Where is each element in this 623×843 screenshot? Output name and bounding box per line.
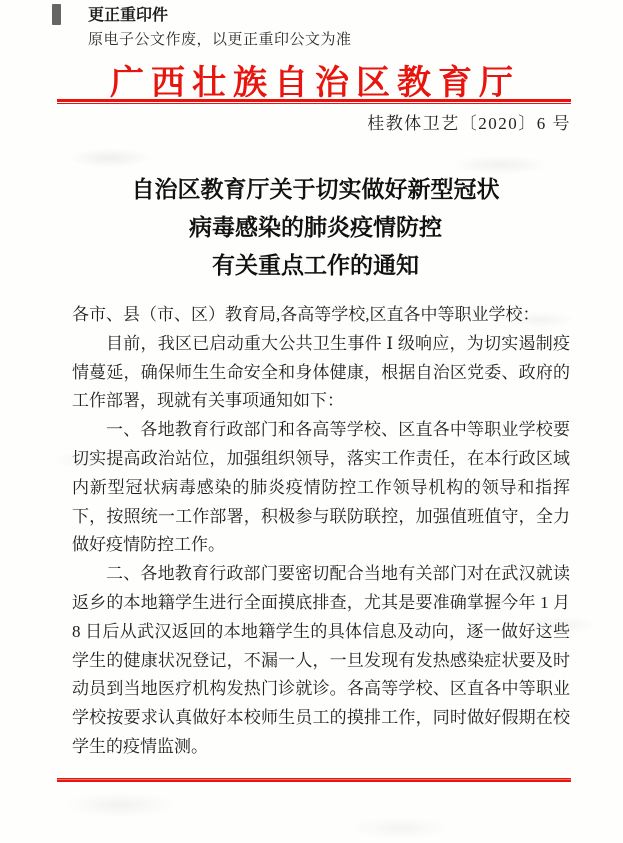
paragraph-item-2: 二、各地教育行政部门要密切配合当地有关部门对在武汉就读返乡的本地籍学生进行全面摸… [72,560,570,762]
document-body: 各市、县（市、区）教育局,各高等学校,区直各中等职业学校： 目前，我区已启动重大… [72,301,570,762]
paragraph-item-1: 一、各地教育行政部门和各高等学校、区直各中等职业学校要切实提高政治站位，加强组织… [72,416,570,560]
salutation-line: 各市、县（市、区）教育局,各高等学校,区直各中等职业学校： [72,301,570,330]
letterhead-org-name: 广西壮族自治区教育厅 [0,55,623,104]
document-title-line-3: 有关重点工作的通知 [60,247,571,285]
correction-note: 原电子公文作废，以更正重印公文为准 [88,31,352,50]
scanned-document-page: 更正重印件 原电子公文作废，以更正重印公文为准 广西壮族自治区教育厅 桂教体卫艺… [0,0,623,843]
letterhead-red-rule [57,99,571,104]
correction-label: 更正重印件 [88,6,352,26]
document-title-line-1: 自治区教育厅关于切实做好新型冠状 [60,171,571,209]
footer-red-rule [57,778,571,782]
correction-notice: 更正重印件 原电子公文作废，以更正重印公文为准 [88,6,352,50]
document-title: 自治区教育厅关于切实做好新型冠状 病毒感染的肺炎疫情防控 有关重点工作的通知 [60,171,571,285]
document-number: 桂教体卫艺〔2020〕6 号 [367,109,571,134]
paragraph-intro: 目前，我区已启动重大公共卫生事件 Ⅰ 级响应，为切实遏制疫情蔓延，确保师生生命安… [72,330,570,416]
scan-edge-artifact [52,4,61,25]
document-title-line-2: 病毒感染的肺炎疫情防控 [60,209,571,247]
